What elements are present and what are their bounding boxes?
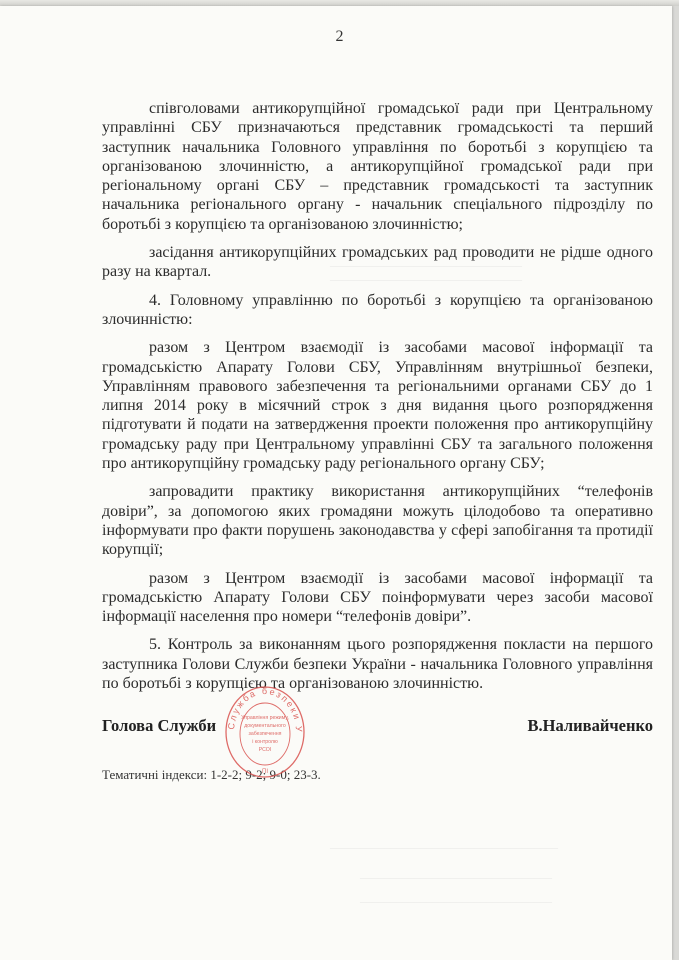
paragraph-item-5: 5. Контроль за виконанням цього розпоряд… bbox=[102, 635, 653, 693]
bleed-through-text: ________________________________ bbox=[360, 866, 552, 881]
paragraph-item-4: 4. Головному управлінню по боротьбі з ко… bbox=[102, 291, 653, 330]
bleed-through-text: ______________________________________ bbox=[330, 836, 558, 851]
paragraph-cochairs: співголовами антикорупційної громадської… bbox=[102, 99, 653, 234]
paragraph-hotlines: запровадити практику використання антико… bbox=[102, 482, 653, 559]
document-body: співголовами антикорупційної громадської… bbox=[102, 99, 653, 702]
bleed-through-text: ________________________________ bbox=[360, 890, 552, 905]
signatory-name: В.Наливайченко bbox=[528, 716, 653, 736]
paragraph-media-inform: разом з Центром взаємодії із засобами ма… bbox=[102, 569, 653, 627]
paragraph-draft-regulations: разом з Центром взаємодії із засобами ма… bbox=[102, 338, 653, 473]
thematic-indices: Тематичні індекси: 1-2-2; 9-2; 9-0; 23-3… bbox=[102, 767, 321, 783]
signatory-title: Голова Служби bbox=[102, 716, 216, 736]
page-number: 2 bbox=[0, 28, 679, 46]
paragraph-meetings: засідання антикорупційних громадських ра… bbox=[102, 243, 653, 282]
